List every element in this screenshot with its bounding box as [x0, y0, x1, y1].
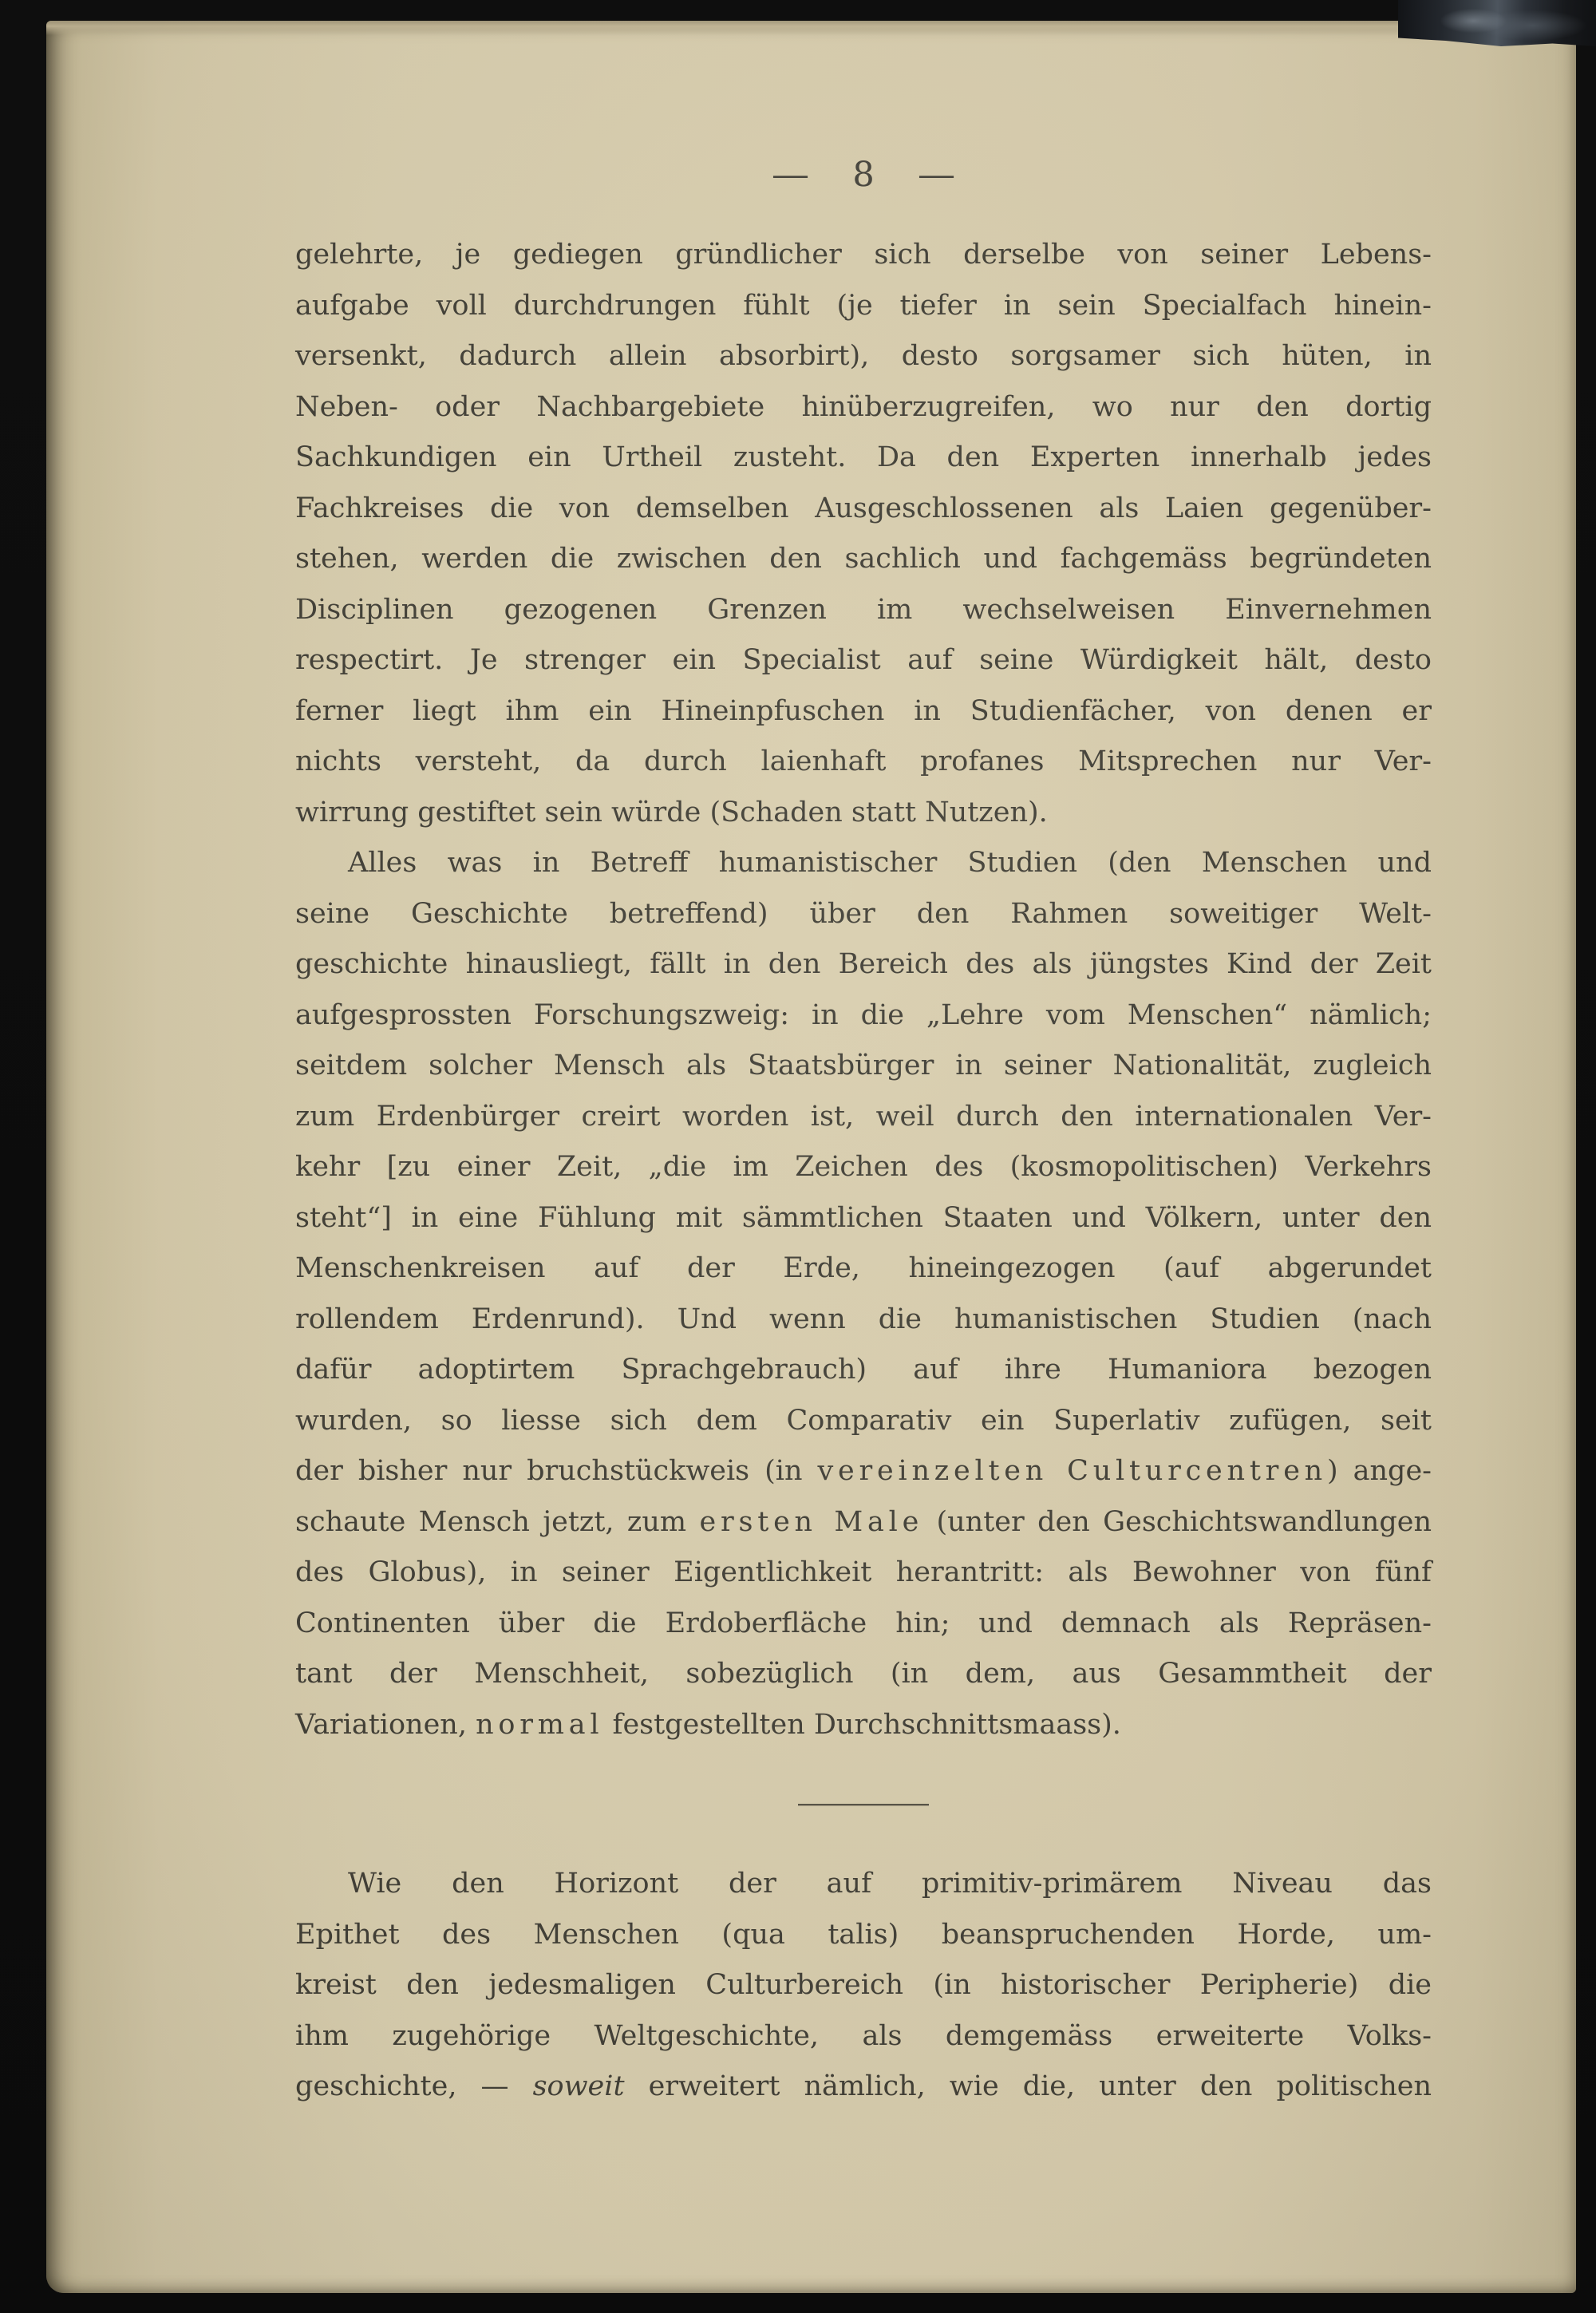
text-line: zum Erdenbürger creirt worden ist, weil … — [295, 1092, 1432, 1143]
text-segment: respectirt. Je strenger ein Specialist a… — [295, 644, 1432, 676]
text-line: respectirt. Je strenger ein Specialist a… — [295, 635, 1432, 686]
text-line: nichts versteht, da durch laienhaft prof… — [295, 737, 1432, 788]
text-segment: Sachkundigen ein Urtheil zusteht. Da den… — [295, 441, 1432, 473]
text-line: aufgabe voll durchdrungen fühlt (je tief… — [295, 281, 1432, 332]
text-line: steht“] in eine Fühlung mit sämmtlichen … — [295, 1193, 1432, 1244]
letterspaced-text: ersten Male — [700, 1506, 924, 1538]
text-segment: seitdem solcher Mensch als Staatsbürger … — [295, 1050, 1432, 1081]
text-line: Wie den Horizont der auf primitiv-primär… — [295, 1859, 1432, 1910]
paragraph-2: Alles was in Betreff humanistischer Stud… — [295, 838, 1432, 1750]
text-line: Menschenkreisen auf der Erde, hineingezo… — [295, 1243, 1432, 1295]
paragraph-1: gelehrte, je gediegen gründlicher sich d… — [295, 230, 1432, 838]
text-line: rollendem Erdenrund). Und wenn die human… — [295, 1295, 1432, 1346]
text-segment: versenkt, dadurch allein absorbirt), des… — [295, 340, 1432, 372]
text-segment: des Globus), in seiner Eigentlichkeit he… — [295, 1556, 1432, 1588]
text-segment: steht“] in eine Fühlung mit sämmtlichen … — [295, 1202, 1432, 1234]
text-segment: Variationen, — [295, 1709, 476, 1741]
text-line: gelehrte, je gediegen gründlicher sich d… — [295, 230, 1432, 281]
text-segment: Wie den Horizont der auf primitiv-primär… — [348, 1868, 1432, 1900]
text-segment: nichts versteht, da durch laienhaft prof… — [295, 745, 1432, 777]
text-line: Disciplinen gezogenen Grenzen im wechsel… — [295, 585, 1432, 636]
text-segment: erweitert nämlich, wie die, unter den po… — [625, 2070, 1432, 2102]
text-segment: wurden, so liesse sich dem Comparativ ei… — [295, 1405, 1432, 1437]
text-segment: stehen, werden die zwischen den sachlich… — [295, 543, 1432, 575]
text-segment: dafür adoptirtem Sprachgebrauch) auf ihr… — [295, 1354, 1432, 1386]
text-line: Variationen, normal festgestellten Durch… — [295, 1700, 1432, 1751]
text-segment: kehr [zu einer Zeit, „die im Zeichen des… — [295, 1151, 1432, 1183]
book-page: — 8 — gelehrte, je gediegen gründlicher … — [46, 21, 1576, 2293]
text-line: ihm zugehörige Weltgeschichte, als demge… — [295, 2011, 1432, 2062]
page-number-right-dash: — — [918, 155, 955, 195]
text-segment: schaute Mensch jetzt, zum — [295, 1506, 700, 1538]
text-segment: Alles was in Betreff humanistischer Stud… — [348, 847, 1432, 879]
text-segment: aufgesprossten Forschungszweig: in die „… — [295, 999, 1432, 1031]
page-number-left-dash: — — [772, 155, 809, 195]
text-line: kreist den jedesmaligen Culturbereich (i… — [295, 1960, 1432, 2011]
text-segment: (unter den Geschichtswandlungen — [923, 1506, 1432, 1538]
text-segment: Neben- oder Nachbargebiete hinüberzugrei… — [295, 391, 1432, 423]
text-line: Alles was in Betreff humanistischer Stud… — [295, 838, 1432, 889]
text-line: Continenten über die Erdoberfläche hin; … — [295, 1599, 1432, 1650]
text-segment: seine Geschichte betreffend) über den Ra… — [295, 898, 1432, 930]
text-segment: zum Erdenbürger creirt worden ist, weil … — [295, 1101, 1432, 1133]
text-line: versenkt, dadurch allein absorbirt), des… — [295, 331, 1432, 382]
text-segment: Continenten über die Erdoberfläche hin; … — [295, 1607, 1432, 1639]
text-segment: tant der Menschheit, sobezüglich (in dem… — [295, 1658, 1432, 1690]
text-segment: geschichte hinausliegt, fällt in den Ber… — [295, 948, 1432, 980]
italic-text: soweit — [533, 2070, 625, 2102]
paragraph-3: Wie den Horizont der auf primitiv-primär… — [295, 1859, 1432, 2113]
page-number-value: 8 — [852, 155, 874, 195]
text-line: schaute Mensch jetzt, zum ersten Male (u… — [295, 1497, 1432, 1548]
text-line: Fachkreises die von demselben Ausgeschlo… — [295, 484, 1432, 535]
text-line: dafür adoptirtem Sprachgebrauch) auf ihr… — [295, 1345, 1432, 1396]
text-line: des Globus), in seiner Eigentlichkeit he… — [295, 1548, 1432, 1599]
text-segment: Epithet des Menschen (qua talis) beanspr… — [295, 1919, 1432, 1951]
section-divider — [798, 1804, 929, 1805]
text-segment: der bisher nur bruchstückweis (in — [295, 1455, 817, 1487]
text-segment: kreist den jedesmaligen Culturbereich (i… — [295, 1969, 1432, 2001]
text-line: wirrung gestiftet sein würde (Schaden st… — [295, 788, 1432, 839]
text-line: seitdem solcher Mensch als Staatsbürger … — [295, 1041, 1432, 1092]
text-segment: rollendem Erdenrund). Und wenn die human… — [295, 1303, 1432, 1335]
text-line: geschichte hinausliegt, fällt in den Ber… — [295, 939, 1432, 990]
text-line: der bisher nur bruchstückweis (in verein… — [295, 1446, 1432, 1497]
text-line: tant der Menschheit, sobezüglich (in dem… — [295, 1649, 1432, 1700]
text-segment: festgestellten Durchschnittsmaass). — [603, 1709, 1121, 1741]
text-segment: Fachkreises die von demselben Ausgeschlo… — [295, 492, 1432, 524]
text-line: Neben- oder Nachbargebiete hinüberzugrei… — [295, 382, 1432, 433]
letterspaced-text: normal — [476, 1709, 603, 1741]
text-segment: gelehrte, je gediegen gründlicher sich d… — [295, 239, 1432, 271]
text-line: kehr [zu einer Zeit, „die im Zeichen des… — [295, 1142, 1432, 1193]
text-segment: ) ange- — [1327, 1455, 1432, 1487]
text-block: gelehrte, je gediegen gründlicher sich d… — [295, 230, 1432, 2113]
scan-background: — 8 — gelehrte, je gediegen gründlicher … — [0, 0, 1596, 2313]
text-line: Sachkundigen ein Urtheil zusteht. Da den… — [295, 433, 1432, 484]
text-line: seine Geschichte betreffend) über den Ra… — [295, 889, 1432, 940]
text-segment: Menschenkreisen auf der Erde, hineingezo… — [295, 1252, 1432, 1284]
text-line: wurden, so liesse sich dem Comparativ ei… — [295, 1396, 1432, 1447]
text-segment: ihm zugehörige Weltgeschichte, als demge… — [295, 2020, 1432, 2052]
text-segment: wirrung gestiftet sein würde (Schaden st… — [295, 797, 1048, 828]
letterspaced-text: vereinzelten Culturcentren — [817, 1455, 1327, 1487]
divider-row — [295, 1750, 1432, 1859]
text-segment: ferner liegt ihm ein Hineinpfuschen in S… — [295, 695, 1432, 727]
book-cover-edge — [1398, 0, 1596, 46]
text-segment: aufgabe voll durchdrungen fühlt (je tief… — [295, 290, 1432, 322]
text-segment: Disciplinen gezogenen Grenzen im wechsel… — [295, 594, 1432, 626]
text-line: ferner liegt ihm ein Hineinpfuschen in S… — [295, 686, 1432, 737]
text-line: geschichte, — soweit erweitert nämlich, … — [295, 2062, 1432, 2113]
text-line: stehen, werden die zwischen den sachlich… — [295, 534, 1432, 585]
text-line: Epithet des Menschen (qua talis) beanspr… — [295, 1910, 1432, 1961]
text-segment: geschichte, — — [295, 2070, 533, 2102]
text-line: aufgesprossten Forschungszweig: in die „… — [295, 990, 1432, 1042]
page-number: — 8 — — [295, 147, 1432, 203]
